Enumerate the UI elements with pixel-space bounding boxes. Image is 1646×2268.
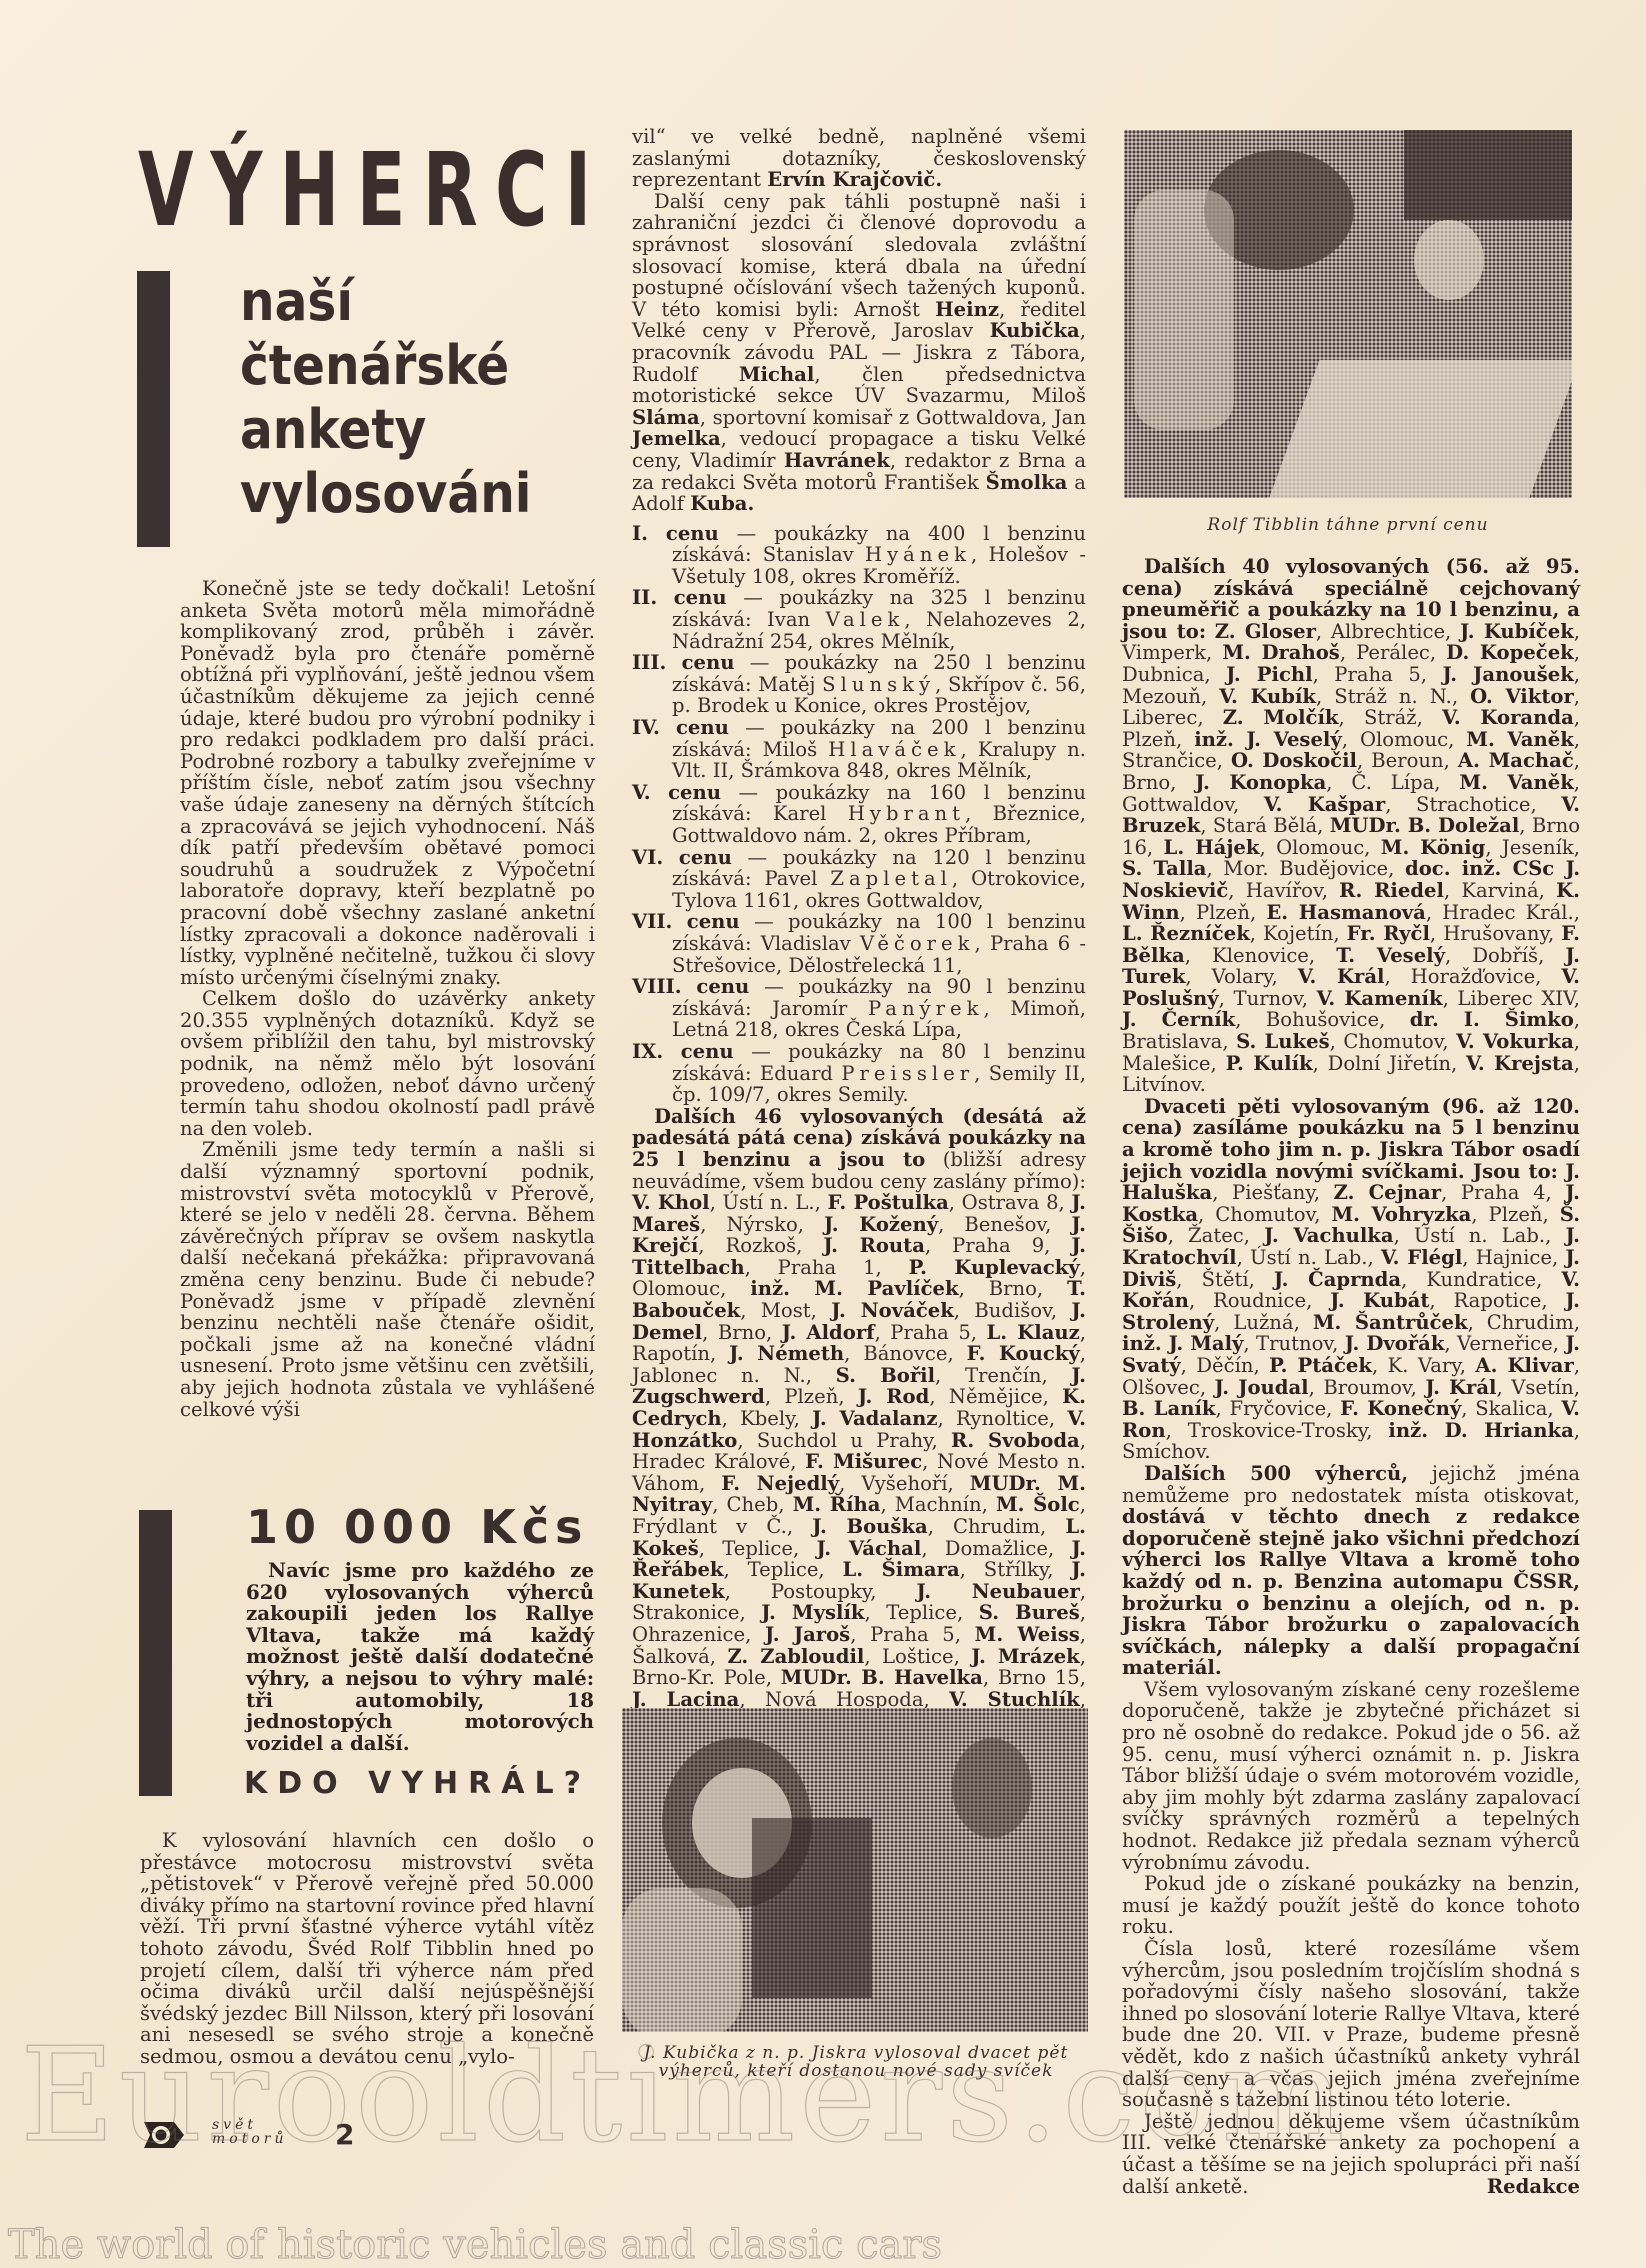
winner-name: Hlaváček <box>828 738 960 761</box>
winner-name: M. König <box>1381 836 1486 859</box>
prize-label: cenu <box>687 910 740 933</box>
winner-place: , Domažlice, <box>921 1537 1071 1560</box>
winner-name: J. Janoušek <box>1443 663 1574 686</box>
winner-place: , K. Vary, <box>1372 1354 1475 1377</box>
group40-paragraph: Dalších 40 vylosovaných (56. až 95. cena… <box>1122 556 1580 1096</box>
winner-place: , Olomouc, <box>1259 836 1380 859</box>
member-role: člen předsednictva motoristické sekce ÚV… <box>632 363 1086 408</box>
winner-place: , Teplice, <box>724 1558 843 1581</box>
winner-place: , Nýrsko, <box>700 1213 824 1236</box>
winner-place: , Hradec Král., <box>1426 901 1580 924</box>
winner-name: J. Král <box>1425 1376 1496 1399</box>
winner-name: O. Doskočil <box>1231 749 1357 772</box>
winner-place: , Roudnice, <box>1189 1289 1330 1312</box>
winner-name: J. Bouška <box>812 1515 927 1538</box>
winner-place: , Troskovice-Trosky, <box>1166 1419 1389 1442</box>
box-text: Navíc jsme pro každého ze 620 vylosovaný… <box>246 1560 594 1754</box>
winner-place: , Skalica, <box>1461 1397 1561 1420</box>
draw-continued: vil“ ve velké bedně, naplněné všemi zasl… <box>632 126 1086 191</box>
winner-place: , Cheb, <box>712 1493 792 1516</box>
winner-name: B. Laník <box>1122 1397 1215 1420</box>
winner-name: J. Čaprnda <box>1274 1268 1401 1291</box>
member-role: redaktor z Brna <box>905 449 1066 472</box>
member-last: Kubička <box>990 319 1080 342</box>
winner-place: , Broumov, <box>1309 1376 1426 1399</box>
commission-member: Rudolf Michal, člen předsednictva motori… <box>632 363 1086 408</box>
subtitle-line: čtenářské <box>240 334 531 398</box>
winner-name: J. Vachulka <box>1264 1224 1394 1247</box>
winner-name: L. Klauz <box>987 1321 1080 1344</box>
winner-place: , Praha 5, <box>1313 663 1443 686</box>
group40-winners: Z. Gloser, Albrechtice, J. Kubíček, Vimp… <box>1122 620 1580 1096</box>
winner-name: Preissler <box>841 1062 974 1085</box>
winner-name: J. Myslík <box>761 1601 864 1624</box>
winner-place: , Ústí n. L., <box>710 1191 828 1214</box>
winner-name: O. Viktor <box>1470 685 1574 708</box>
prize-rank: VII. <box>632 910 672 933</box>
winner-place: , Děčín, <box>1181 1354 1269 1377</box>
winner-place: , Kojetín, <box>1250 922 1347 945</box>
winner-name: M. Vaněk <box>1466 728 1573 751</box>
intro-paragraph: Konečně jste se tedy dočkali! Letošní an… <box>180 578 595 988</box>
winner-name: MUDr. B. Havelka <box>781 1666 983 1689</box>
winner-name: V. Khol <box>632 1191 710 1214</box>
winner-place: , Ústí n. Lab., <box>1237 1246 1381 1269</box>
prize-label: cenu <box>696 975 749 998</box>
closing-paragraph: Pokud jde o získané poukázky na benzin, … <box>1122 1873 1580 1938</box>
editor-name: Šmolka <box>986 471 1068 494</box>
prize-entry: I. cenu — poukázky na 400 l benzinu získ… <box>632 523 1086 588</box>
prize-label: cenu <box>676 716 729 739</box>
winner-name: Panýrek <box>868 997 984 1020</box>
winner-place: , Plzeň, <box>1180 901 1267 924</box>
title-decor-bar <box>137 271 170 547</box>
winner-place: , Benešov, <box>938 1213 1071 1236</box>
winner-name: Z. Zabloudil <box>727 1645 864 1668</box>
winner-name: L. Řezníček <box>1122 922 1250 945</box>
winner-place: , Fryčovice, <box>1215 1397 1340 1420</box>
winner-place: , Trutnov, <box>1243 1332 1344 1355</box>
winner-name: J. Vadalanz <box>812 1407 937 1430</box>
winner-name: J. Németh <box>729 1342 844 1365</box>
winner-place: , Most, <box>740 1299 831 1322</box>
member-first: Rudolf <box>632 363 697 386</box>
winner-name: J. Váchal <box>816 1537 921 1560</box>
prize-rank: V. <box>632 781 651 804</box>
group25-lead: Dvaceti pěti vylosovaným (96. až 120. ce… <box>1122 1095 1580 1183</box>
winner-place: , Liberec XIV, <box>1443 987 1580 1010</box>
article-subtitle: naší čtenářské ankety vylosováni <box>240 270 531 526</box>
winner-place: , Perálec, <box>1340 641 1446 664</box>
winner-name: M. Weiss <box>975 1623 1080 1646</box>
winner-name: F. Koucký <box>967 1342 1080 1365</box>
winner-name: Věčorek <box>860 932 975 955</box>
winner-name: A. Machač <box>1458 749 1574 772</box>
photo-caption-top: Rolf Tibblin táhne první cenu <box>1124 516 1572 534</box>
winner-name: Hybrant <box>848 802 965 825</box>
winner-name: Valek <box>826 608 905 631</box>
winner-name: T. Veselý <box>1336 944 1445 967</box>
winner-place: , Strachotice, <box>1385 793 1561 816</box>
prize-label: cenu <box>679 846 732 869</box>
group500-paragraph: Dalších 500 výherců, jejichž jména nemůž… <box>1122 1463 1580 1679</box>
member-last: Havránek <box>784 449 890 472</box>
box-headline: 10 000 Kčs <box>246 1500 588 1554</box>
winner-place: , Bohušovice, <box>1235 1008 1410 1031</box>
winner-place: , Rynoltice, <box>938 1407 1068 1430</box>
winner-place: , Albrechtice, <box>1316 620 1460 643</box>
box-subheadline: KDO VYHRÁL? <box>244 1766 591 1801</box>
member-first: Miloš <box>1032 384 1086 407</box>
prize-label: cenu <box>674 586 727 609</box>
winner-place: , Praha 4, <box>1441 1181 1565 1204</box>
winner-place: , Stráž n. N., <box>1316 685 1470 708</box>
winner-place: , Praha 1, <box>745 1256 909 1279</box>
winner-place: , Plzeň, <box>1471 1203 1559 1226</box>
watermark-site: Eurooldtimers.com <box>20 2030 1349 2160</box>
photo-tibblin <box>1124 130 1572 498</box>
winner-place: , Brno, <box>959 1277 1068 1300</box>
winner-name: inž. D. Hrianka <box>1388 1419 1573 1442</box>
winner-name: F. Nejedlý <box>721 1472 839 1495</box>
winner-name: V. Koranda <box>1442 706 1574 729</box>
prize-label: cenu <box>682 651 735 674</box>
winner-name: D. Kopeček <box>1446 641 1574 664</box>
winner-place: , Karviná, <box>1444 879 1556 902</box>
winner-place: , Chrudim, <box>1468 1311 1580 1334</box>
winner-place: , Suchdol u Prahy, <box>737 1429 951 1452</box>
member-first: Jan <box>1054 406 1086 429</box>
winner-name: MUDr. B. Doležal <box>1330 814 1520 837</box>
winner-place: , Havířov, <box>1228 879 1339 902</box>
member-last: Michal <box>739 363 814 386</box>
winner-name: Z. Cejnar <box>1334 1181 1441 1204</box>
winner-place: , Brno, <box>702 1321 782 1344</box>
signature: Redakce <box>1465 2176 1580 2198</box>
column-2: vil“ ve velké bedně, naplněné všemi zasl… <box>632 126 1086 1754</box>
winner-place: , Němějice, <box>929 1385 1062 1408</box>
winner-name: R. Riedel <box>1339 879 1444 902</box>
group46-paragraph: Dalších 46 vylosovaných (desátá až pades… <box>632 1106 1086 1754</box>
prize-entry: III. cenu — poukázky na 250 l benzinu zí… <box>632 652 1086 717</box>
winner-name: M. Šantrůček <box>1313 1311 1468 1334</box>
winner-name: E. Hasmanová <box>1266 901 1426 924</box>
group46-winners: V. Khol, Ústí n. L., F. Poštulka, Ostrav… <box>632 1191 1086 1754</box>
winner-place: , Teplice, <box>699 1537 817 1560</box>
winner-place: , Praha 5, <box>875 1321 987 1344</box>
winner-name: S. Lukeš <box>1236 1030 1330 1053</box>
winner-place: , Machnín, <box>880 1493 995 1516</box>
winner-name: R. Svoboda <box>951 1429 1080 1452</box>
prize-entry: VIII. cenu — poukázky na 90 l benzinu zí… <box>632 976 1086 1041</box>
group500-bold: dostává v těchto dnech z redakce doporuč… <box>1122 1505 1580 1679</box>
winner-name: J. Joudal <box>1215 1376 1309 1399</box>
member-last: Jemelka <box>632 427 721 450</box>
box-paragraph: Navíc jsme pro každého ze 620 vylosovaný… <box>246 1560 594 1754</box>
winner-place: , Klenovice, <box>1185 944 1336 967</box>
winner-name: S. Talla <box>1122 857 1206 880</box>
winner-name: J. Aldorf <box>782 1321 875 1344</box>
subtitle-line: naší <box>240 270 531 334</box>
member-role: sportovní komisař z Gottwaldova <box>713 406 1041 429</box>
winner-name: J. Nováček <box>831 1299 954 1322</box>
member-first: Arnošt <box>854 298 920 321</box>
winner-name: P. Kuplevacký <box>909 1256 1080 1279</box>
closing-paragraph: Všem vylosovaným získané ceny rozešleme … <box>1122 1679 1580 1873</box>
winner-place: , Stará Bělá, <box>1200 814 1329 837</box>
winner-name: F. Konečný <box>1340 1397 1461 1420</box>
intro-paragraph: Změnili jsme tedy termín a našli si dalš… <box>180 1139 595 1420</box>
winner-name: M. Šolc <box>996 1493 1080 1516</box>
winner-place: , Postoupky, <box>725 1580 917 1603</box>
subtitle-line: ankety <box>240 398 531 462</box>
winner-name: J. Pichl <box>1226 663 1312 686</box>
prize-entry: VI. cenu — poukázky na 120 l benzinu zís… <box>632 847 1086 912</box>
winner-place: , Volary, <box>1185 965 1297 988</box>
winner-name: V. Král <box>1298 965 1385 988</box>
winner-place: , Vsetín, <box>1497 1376 1581 1399</box>
member-first: Vladimír <box>690 449 775 472</box>
winner-place: , Štětí, <box>1176 1268 1274 1291</box>
winner-name: V. Krejsta <box>1466 1052 1574 1075</box>
winner-name: J. Routa <box>823 1234 925 1257</box>
winner-place: , Dolní Jiřetín, <box>1313 1052 1466 1075</box>
winner-name: Hyánek <box>865 543 971 566</box>
winner-name: M. Drahoš <box>1222 641 1340 664</box>
winner-name: V. Kubík <box>1219 685 1316 708</box>
winner-place: , Č. Lípa, <box>1326 771 1459 794</box>
subtitle-line: vylosováni <box>240 462 531 526</box>
winner-name: V. Vokurka <box>1456 1030 1574 1053</box>
winner-name: Zapletal <box>830 867 952 890</box>
prize-rank: I. <box>632 522 648 545</box>
winner-name: P. Ptáček <box>1269 1354 1372 1377</box>
member-role: pracovník závodu PAL — Jiskra z Tábora <box>632 341 1080 364</box>
article-title: VÝHERCI <box>138 140 608 242</box>
winner-name: A. Klivar <box>1475 1354 1573 1377</box>
winner-place: , Verneřice, <box>1444 1332 1565 1355</box>
winner-place: , Hajnice, <box>1462 1246 1565 1269</box>
prize-rank: VI. <box>632 846 663 869</box>
winner-place: , Beroun, <box>1357 749 1458 772</box>
winner-name: J. Mrázek <box>971 1645 1079 1668</box>
winner-name: inž. J. Veselý <box>1194 728 1342 751</box>
winner-place: , Horažďovice, <box>1384 965 1561 988</box>
group500-lead: Dalších 500 výherců, <box>1144 1462 1408 1485</box>
prize-entry: IX. cenu — poukázky na 80 l benzinu získ… <box>632 1041 1086 1106</box>
box-decor-bar <box>139 1510 172 1796</box>
representative-name: Ervín Krajčovič. <box>767 168 942 191</box>
prize-rank: VIII. <box>632 975 682 998</box>
watermark-tagline: The world of historic vehicles and class… <box>8 2222 942 2268</box>
winner-place: , Rapotice, <box>1429 1289 1565 1312</box>
prize-rank: III. <box>632 651 666 674</box>
editor-name: Kuba. <box>690 492 754 515</box>
group25-winners: J. Haluška, Piešťany, Z. Cejnar, Praha 4… <box>1122 1160 1580 1464</box>
winner-place: , Jeseník, <box>1485 836 1580 859</box>
intro-text: Konečně jste se tedy dočkali! Letošní an… <box>180 578 595 1420</box>
winner-place: , Loštice, <box>864 1645 971 1668</box>
column-3: Dalších 40 vylosovaných (56. až 95. cena… <box>1122 556 1580 2197</box>
winner-name: M. Vaněk <box>1459 771 1573 794</box>
winner-name: L. Šimara <box>843 1558 960 1581</box>
winner-place: , Piešťany, <box>1212 1181 1333 1204</box>
winner-name: M. Vohryzka <box>1331 1203 1471 1226</box>
winner-name: J. Rod <box>858 1385 930 1408</box>
prize-entry: V. cenu — poukázky na 160 l benzinu získ… <box>632 782 1086 847</box>
winner-name: J. Neubauer <box>917 1580 1080 1603</box>
winner-name: V. Kašpar <box>1264 793 1385 816</box>
winner-place: , Stráž, <box>1339 706 1443 729</box>
prize-label: cenu <box>668 781 721 804</box>
winner-place: , Střílky, <box>960 1558 1072 1581</box>
winner-name: dr. I. Šimko <box>1410 1008 1574 1031</box>
winner-place: , Lužná, <box>1214 1311 1313 1334</box>
prize-label: cenu <box>681 1040 734 1063</box>
winner-place: , Ostrava 8, <box>949 1191 1072 1214</box>
winner-name: Fr. Ryčl <box>1347 922 1430 945</box>
winner-name: S. Bureš <box>979 1601 1080 1624</box>
group25-paragraph: Dvaceti pěti vylosovaným (96. až 120. ce… <box>1122 1096 1580 1463</box>
prize-entry: II. cenu — poukázky na 325 l benzinu zís… <box>632 587 1086 652</box>
winner-name: inž. M. Pavlíček <box>750 1277 958 1300</box>
winner-place: , Brno 15, <box>983 1666 1086 1689</box>
winner-place: , Hrušovany, <box>1430 922 1561 945</box>
commission-paragraph: Další ceny pak táhli postupně naši i zah… <box>632 191 1086 515</box>
winner-place: , Žatec, <box>1168 1224 1264 1247</box>
winner-place: , Trenčín, <box>935 1364 1071 1387</box>
winner-place: , Praha 9, <box>925 1234 1072 1257</box>
prize-rank: IV. <box>632 716 660 739</box>
winner-name: Slunský <box>822 673 935 696</box>
intro-paragraph: Celkem došlo do uzávěrky ankety 20.355 v… <box>180 988 595 1139</box>
winner-place: , Chomutov, <box>1198 1203 1331 1226</box>
prize-rank: II. <box>632 586 657 609</box>
winner-name: J. Kožený <box>824 1213 938 1236</box>
winner-place: , Mor. Budějovice, <box>1206 857 1405 880</box>
winner-place: , Chomutov, <box>1330 1030 1457 1053</box>
winner-place: , Dobříš, <box>1445 944 1565 967</box>
prize-rank: IX. <box>632 1040 663 1063</box>
winner-place: , Olomouc, <box>1342 728 1467 751</box>
prize-entry: IV. cenu — poukázky na 200 l benzinu zís… <box>632 717 1086 782</box>
winner-name: J. Kubát <box>1330 1289 1429 1312</box>
winner-name: J. Konopka <box>1195 771 1326 794</box>
winner-place: , Kbely, <box>722 1407 812 1430</box>
winner-name: F. Mišurec <box>805 1450 922 1473</box>
winner-place: , Kundratice, <box>1401 1268 1561 1291</box>
commission-member: Vladimír Havránek, redaktor z Brna <box>690 449 1066 472</box>
winner-name: S. Bořil <box>836 1364 935 1387</box>
winner-place: , Budišov, <box>954 1299 1072 1322</box>
winner-place: , Ústí n. Lab., <box>1394 1224 1566 1247</box>
winner-name: F. Poštulka <box>827 1191 948 1214</box>
winner-name: J. Kubíček <box>1460 620 1574 643</box>
winner-place: , Rozkoš, <box>698 1234 823 1257</box>
winner-place: , Teplice, <box>864 1601 978 1624</box>
winner-name: V. Kameník <box>1317 987 1443 1010</box>
winner-name: M. Říha <box>793 1493 881 1516</box>
winner-name: Z. Gloser <box>1215 620 1316 643</box>
member-last: Heinz <box>935 298 999 321</box>
winner-name: inž. J. Malý <box>1122 1332 1243 1355</box>
winner-place: , Praha 5, <box>850 1623 974 1646</box>
winner-name: P. Kulík <box>1226 1052 1313 1075</box>
winner-name: J. Jaroš <box>765 1623 850 1646</box>
member-first: Jaroslav <box>893 319 973 342</box>
winner-name: Z. Molčík <box>1223 706 1339 729</box>
photo-kubicka <box>622 1708 1088 2032</box>
winner-place: , Plzeň, <box>765 1385 858 1408</box>
winner-name: V. Flégl <box>1381 1246 1462 1269</box>
winner-name: J. Dvořák <box>1345 1332 1445 1355</box>
prize-label: cenu <box>666 522 719 545</box>
member-last: Sláma <box>632 406 700 429</box>
winner-place: , Bánovce, <box>844 1342 967 1365</box>
winner-place: , Chrudim, <box>928 1515 1066 1538</box>
winner-place: , Vyšehoří, <box>839 1472 970 1495</box>
winner-name: L. Hájek <box>1164 836 1260 859</box>
prize-entry: VII. cenu — poukázky na 100 l benzinu zí… <box>632 911 1086 976</box>
winner-place: , Turnov, <box>1219 987 1317 1010</box>
winner-name: J. Černík <box>1122 1008 1235 1031</box>
